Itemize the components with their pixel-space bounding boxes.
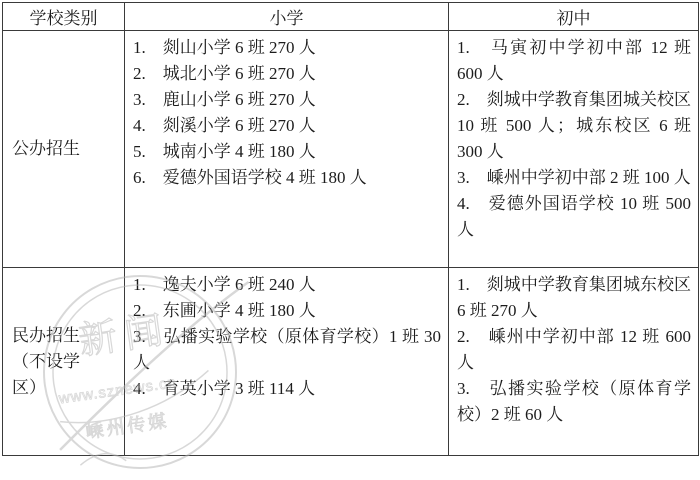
primary-schools-cell-private: 1. 逸夫小学 6 班 240 人 2. 东圃小学 4 班 180 人 3. 弘… xyxy=(125,268,449,456)
table-row-public: 公办招生 1. 剡山小学 6 班 270 人 2. 城北小学 6 班 270 人… xyxy=(3,31,699,268)
school-list-item: 4. 爱德外国语学校 10 班 500 人 xyxy=(457,191,691,243)
category-cell-public: 公办招生 xyxy=(3,31,125,268)
header-row: 学校类别 小学 初中 xyxy=(3,3,699,31)
school-list-item: 6. 爱德外国语学校 4 班 180 人 xyxy=(133,165,441,191)
school-list-item: 1. 剡山小学 6 班 270 人 xyxy=(133,35,441,61)
school-list-item: 5. 城南小学 4 班 180 人 xyxy=(133,139,441,165)
column-header-primary: 小学 xyxy=(125,3,449,31)
school-list-item: 3. 鹿山小学 6 班 270 人 xyxy=(133,87,441,113)
junior-schools-cell-private: 1. 剡城中学教育集团城东校区 6 班 270 人 2. 嵊州中学初中部 12 … xyxy=(449,268,699,456)
school-list-item: 4. 剡溪小学 6 班 270 人 xyxy=(133,113,441,139)
school-list-item: 2. 城北小学 6 班 270 人 xyxy=(133,61,441,87)
school-list-item: 3. 弘播实验学校（原体育学校）2 班 60 人 xyxy=(457,376,691,428)
school-list-item: 1. 剡城中学教育集团城东校区 6 班 270 人 xyxy=(457,272,691,324)
school-list-item: 4. 育英小学 3 班 114 人 xyxy=(133,376,441,402)
school-list-item: 2. 东圃小学 4 班 180 人 xyxy=(133,298,441,324)
school-list-item: 3. 嵊州中学初中部 2 班 100 人 xyxy=(457,165,691,191)
school-list-item: 2. 剡城中学教育集团城关校区 10 班 500 人；城东校区 6 班 300 … xyxy=(457,87,691,165)
school-list-item: 2. 嵊州中学初中部 12 班 600 人 xyxy=(457,324,691,376)
school-list-item: 1. 逸夫小学 6 班 240 人 xyxy=(133,272,441,298)
column-header-category: 学校类别 xyxy=(3,3,125,31)
table-row-private: 民办招生 （不设学 区） 1. 逸夫小学 6 班 240 人 2. 东圃小学 4… xyxy=(3,268,699,456)
school-list-item: 1. 马寅初中学初中部 12 班 600 人 xyxy=(457,35,691,87)
enrollment-table: 学校类别 小学 初中 公办招生 1. 剡山小学 6 班 270 人 2. 城北小… xyxy=(2,2,699,456)
junior-schools-cell-public: 1. 马寅初中学初中部 12 班 600 人 2. 剡城中学教育集团城关校区 1… xyxy=(449,31,699,268)
category-cell-private: 民办招生 （不设学 区） xyxy=(3,268,125,456)
column-header-junior: 初中 xyxy=(449,3,699,31)
primary-schools-cell-public: 1. 剡山小学 6 班 270 人 2. 城北小学 6 班 270 人 3. 鹿… xyxy=(125,31,449,268)
document-page: 学校类别 小学 初中 公办招生 1. 剡山小学 6 班 270 人 2. 城北小… xyxy=(0,0,700,480)
school-list-item: 3. 弘播实验学校（原体育学校）1 班 30 人 xyxy=(133,324,441,376)
